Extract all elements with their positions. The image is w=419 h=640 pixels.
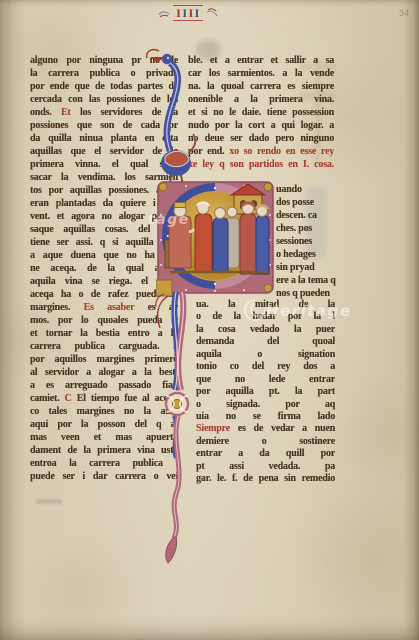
text-line: et si no le daie. tiene possession [188, 106, 334, 119]
text-line: xe ley q son partidos en I. cosa. [188, 158, 334, 171]
faint-pencil-mark [36, 499, 62, 504]
text-line: dos posse [276, 196, 336, 209]
bar-tail-ornament-icon [150, 292, 198, 570]
text-column-right-beside-initial: uandodos possedescen. caches. possession… [276, 183, 336, 300]
folio-numeral-strokes: IIII [173, 5, 203, 21]
rubric-text: C [65, 393, 72, 404]
rubric-text: xe ley q son partidos en I. cosa. [188, 159, 334, 170]
body-text: dos posse [276, 197, 314, 208]
rubric-text: Et [61, 107, 71, 118]
text-line: descen. ca [276, 209, 336, 222]
text-line: por end. xo so rendo en esse rey [188, 145, 334, 158]
rubric-text: Siempre [196, 423, 230, 434]
numeral-stroke: I [176, 6, 181, 20]
text-line: o signada. por aq [196, 399, 335, 411]
body-text: onenible a la primera vina. [188, 94, 334, 105]
text-line: ches. pos [276, 222, 336, 235]
numeral-flourish-right-icon [206, 7, 218, 19]
text-line: que no lede entrar [196, 374, 335, 386]
text-line: uia no se firma lado [196, 411, 335, 423]
body-text: la cosa vedado la puer [196, 324, 335, 335]
text-line: onenible a la primera vina. [188, 93, 334, 106]
folio-corner-mark: 34 [399, 8, 409, 18]
body-text: na. la quoal carrera es siempre [188, 81, 334, 92]
body-text: margines. [30, 302, 70, 313]
body-text: uando [276, 184, 302, 195]
body-text: uia no se firma lado [196, 411, 335, 422]
body-text: demiere o sostinere [196, 436, 335, 447]
body-text: ble. et a entrar et sallir a sa [188, 55, 334, 66]
body-text: sin pryad [276, 262, 315, 273]
rubric-text: xo so rendo en esse rey [229, 146, 334, 157]
body-text: o hedages [276, 249, 316, 260]
body-text: tonio co del rey dos a [196, 361, 335, 372]
body-text: descen. ca [276, 210, 317, 221]
illuminated-initial-q [156, 180, 275, 298]
body-text: camiet. [30, 393, 59, 404]
text-line: demiere o sostinere [196, 436, 335, 448]
body-text: ches. pos [276, 223, 312, 234]
body-text: que no lede entrar [196, 374, 335, 385]
rubric-text: I [189, 6, 194, 20]
body-text: aquila o signation [196, 349, 335, 360]
text-line: pt assi vedada. pa [196, 461, 335, 473]
text-line: por aquilla pt. la part [196, 386, 335, 398]
text-line: ere a la tema q [276, 274, 336, 287]
text-line: nudo por la cort a qui logar. a [188, 119, 334, 132]
folio-numeral: IIII [150, 5, 226, 21]
rubric-text: Es asaber [84, 302, 135, 313]
body-text: nudo por la cort a qui logar. a [188, 120, 334, 131]
numeral-stroke: I [195, 6, 200, 20]
crane-bird-ornament-icon [144, 44, 198, 196]
body-text: sessiones [276, 236, 312, 247]
text-line: tonio co del rey dos a [196, 361, 335, 373]
body-text: nos q pueden [276, 288, 330, 299]
numeral-flourish-left-icon [158, 7, 170, 19]
rubric-text: I [176, 6, 181, 20]
numeral-stroke: I [182, 6, 187, 20]
text-column-right-top: ble. et a entrar et sallir a sacar los s… [188, 54, 334, 171]
blue-text: I [195, 6, 200, 20]
text-line: car los sarmientos. a la vende [188, 67, 334, 80]
body-text: demanda del quoal [196, 336, 335, 347]
body-text: es de vedar a nuen [238, 423, 335, 434]
text-line: sessiones [276, 235, 336, 248]
body-text: gar. le. f. de pena sin remedio [196, 473, 335, 484]
manuscript-page: IIII 34 alguno por ninguna pr no dela ca… [0, 0, 419, 640]
text-line: uando [276, 183, 336, 196]
text-line: Siempre es de vedar a nuen [196, 423, 335, 435]
body-text: entrar a da quill por [196, 448, 335, 459]
body-text: et si no le daie. tiene possession [188, 107, 334, 118]
text-column-right-below-initial: ua. la mitad de lao de la hedar por la l… [196, 299, 335, 486]
text-line: gar. le. f. de pena sin remedio [196, 473, 335, 485]
text-line: na. la quoal carrera es siempre [188, 80, 334, 93]
text-line: ble. et a entrar et sallir a sa [188, 54, 334, 67]
text-line: entrar a da quill por [196, 448, 335, 460]
numeral-stroke: I [189, 6, 194, 20]
body-text: car los sarmientos. a la vende [188, 68, 334, 79]
text-line: no deue ser dado pero ninguno [188, 132, 334, 145]
body-text: onds. [30, 107, 52, 118]
body-text: o signada. por aq [196, 399, 335, 410]
body-text: por aquilla pt. la part [196, 386, 335, 397]
text-line: la cosa vedado la puer [196, 324, 335, 336]
body-text: no deue ser dado pero ninguno [188, 133, 334, 144]
blue-text: I [182, 6, 187, 20]
text-line: o hedages [276, 248, 336, 261]
body-text: ere a la tema q [276, 275, 336, 286]
text-line: sin pryad [276, 261, 336, 274]
text-line: demanda del quoal [196, 336, 335, 348]
text-line: aquila o signation [196, 349, 335, 361]
watermark-swirl-icon [242, 297, 268, 323]
body-text: pt assi vedada. pa [196, 461, 335, 472]
